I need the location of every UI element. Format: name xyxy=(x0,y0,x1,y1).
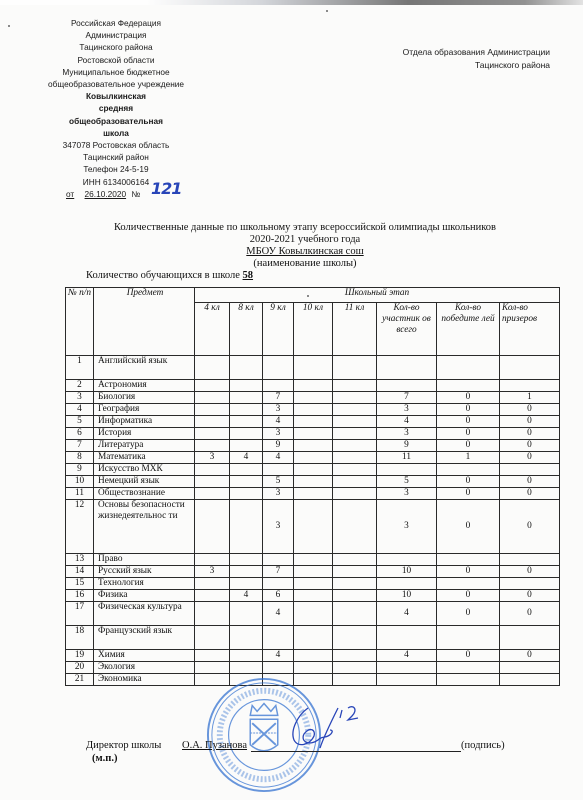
grade11-cell xyxy=(333,590,377,602)
grade9-cell xyxy=(263,662,294,674)
table-row: 1Английский язык xyxy=(66,356,560,380)
grade4-cell xyxy=(195,416,230,428)
winners-cell: 0 xyxy=(437,500,500,554)
table-row: 20Экология xyxy=(66,662,560,674)
winners-cell: 0 xyxy=(437,416,500,428)
signature-label: (подпись) xyxy=(461,740,505,752)
row-number: 5 xyxy=(66,416,94,428)
grade9-cell xyxy=(263,356,294,380)
prizewinners-cell: 0 xyxy=(500,650,560,662)
subject-cell: Физика xyxy=(94,590,195,602)
grade9-cell xyxy=(263,674,294,686)
grade10-cell xyxy=(294,590,333,602)
row-number: 13 xyxy=(66,554,94,566)
prizewinners-cell: 0 xyxy=(500,566,560,578)
participants-cell: 10 xyxy=(377,590,437,602)
official-stamp xyxy=(205,676,323,794)
sender-block: Российская ФедерацияАдминистрацияТацинск… xyxy=(46,17,186,200)
table-row: 10Немецкий язык5500 xyxy=(66,476,560,488)
participants-cell: 4 xyxy=(377,416,437,428)
winners-cell: 0 xyxy=(437,650,500,662)
row-number: 15 xyxy=(66,578,94,590)
grade10-cell xyxy=(294,554,333,566)
subject-cell: География xyxy=(94,404,195,416)
grade11-cell xyxy=(333,392,377,404)
participants-cell xyxy=(377,626,437,650)
grade8-cell xyxy=(230,566,263,578)
winners-cell xyxy=(437,578,500,590)
grade10-cell xyxy=(294,674,333,686)
prizewinners-cell: 0 xyxy=(500,500,560,554)
participants-cell xyxy=(377,662,437,674)
participants-cell: 3 xyxy=(377,500,437,554)
grade4-cell xyxy=(195,392,230,404)
document-title: Количественные данные по школьному этапу… xyxy=(60,222,550,270)
grade9-cell xyxy=(263,626,294,650)
prizewinners-cell xyxy=(500,380,560,392)
participants-cell xyxy=(377,674,437,686)
sender-line: Ковылкинская xyxy=(46,90,186,102)
participants-cell: 7 xyxy=(377,392,437,404)
director-role: Директор школы xyxy=(86,740,161,752)
recipient-line-2: Тацинского района xyxy=(370,59,550,72)
row-number: 14 xyxy=(66,566,94,578)
winners-cell: 0 xyxy=(437,488,500,500)
date: 26.10.2020 xyxy=(85,189,127,199)
sender-line: Муниципальное бюджетное xyxy=(46,66,186,78)
grade4-cell xyxy=(195,440,230,452)
table-row: 15Технология xyxy=(66,578,560,590)
participants-cell xyxy=(377,554,437,566)
table-row: 19Химия4400 xyxy=(66,650,560,662)
grade9-cell: 9 xyxy=(263,440,294,452)
subject-cell: Химия xyxy=(94,650,195,662)
grade11-cell xyxy=(333,380,377,392)
subject-cell: Французский язык xyxy=(94,626,195,650)
participants-cell xyxy=(377,356,437,380)
grade11-cell xyxy=(333,416,377,428)
sender-line: Тацинского района xyxy=(46,41,186,53)
prizewinners-cell: 0 xyxy=(500,452,560,464)
winners-cell: 1 xyxy=(437,452,500,464)
grade8-cell xyxy=(230,464,263,476)
grade11-cell xyxy=(333,626,377,650)
winners-cell xyxy=(437,380,500,392)
grade9-cell: 6 xyxy=(263,590,294,602)
table-row: 2Астрономия xyxy=(66,380,560,392)
winners-cell xyxy=(437,554,500,566)
row-number: 17 xyxy=(66,602,94,626)
participants-cell: 3 xyxy=(377,428,437,440)
row-number: 18 xyxy=(66,626,94,650)
grade10-cell xyxy=(294,404,333,416)
sender-lines: Российская ФедерацияАдминистрацияТацинск… xyxy=(46,17,186,188)
prizewinners-cell: 0 xyxy=(500,602,560,626)
grade8-cell xyxy=(230,488,263,500)
grade8-cell xyxy=(230,674,263,686)
date-prefix: от xyxy=(66,189,74,199)
grade9-cell: 4 xyxy=(263,650,294,662)
grade8-cell xyxy=(230,602,263,626)
student-count-label: Количество обучающихся в школе xyxy=(86,270,240,281)
header-grade10: 10 кл xyxy=(294,303,333,356)
participants-cell: 11 xyxy=(377,452,437,464)
prizewinners-cell: 0 xyxy=(500,590,560,602)
grade4-cell xyxy=(195,590,230,602)
grade4-cell xyxy=(195,488,230,500)
prizewinners-cell xyxy=(500,662,560,674)
sender-line: школа xyxy=(46,127,186,139)
scan-speck xyxy=(8,25,10,27)
prizewinners-cell xyxy=(500,356,560,380)
table-row: 5Информатика4400 xyxy=(66,416,560,428)
row-number: 16 xyxy=(66,590,94,602)
winners-cell: 0 xyxy=(437,392,500,404)
subject-cell: Английский язык xyxy=(94,356,195,380)
stamp-label: (м.п.) xyxy=(92,753,117,765)
table-body: 1Английский язык2Астрономия3Биология7701… xyxy=(66,356,560,686)
sender-line: Телефон 24-5-19 xyxy=(46,163,186,175)
header-subject: Предмет xyxy=(94,288,195,356)
grade9-cell: 3 xyxy=(263,404,294,416)
grade4-cell xyxy=(195,554,230,566)
header-winners: Кол-во победите лей xyxy=(437,303,500,356)
table-row: 11Обществознание3300 xyxy=(66,488,560,500)
header-grade11: 11 кл xyxy=(333,303,377,356)
grade8-cell xyxy=(230,626,263,650)
subject-cell: Технология xyxy=(94,578,195,590)
winners-cell xyxy=(437,464,500,476)
grade4-cell xyxy=(195,380,230,392)
grade11-cell xyxy=(333,662,377,674)
grade11-cell xyxy=(333,554,377,566)
grade4-cell xyxy=(195,356,230,380)
grade10-cell xyxy=(294,464,333,476)
table-row: 4География3300 xyxy=(66,404,560,416)
subject-cell: Информатика xyxy=(94,416,195,428)
grade11-cell xyxy=(333,500,377,554)
winners-cell xyxy=(437,356,500,380)
grade8-cell xyxy=(230,356,263,380)
table-row: 21Экономика xyxy=(66,674,560,686)
grade9-cell xyxy=(263,464,294,476)
prizewinners-cell: 1 xyxy=(500,392,560,404)
grade8-cell xyxy=(230,650,263,662)
sender-line: Ростовской области xyxy=(46,54,186,66)
grade11-cell xyxy=(333,440,377,452)
sender-line: Российская Федерация xyxy=(46,17,186,29)
grade9-cell: 7 xyxy=(263,566,294,578)
prizewinners-cell xyxy=(500,554,560,566)
table-row: 18Французский язык xyxy=(66,626,560,650)
title-line-1: Количественные данные по школьному этапу… xyxy=(60,222,550,234)
subject-cell: Астрономия xyxy=(94,380,195,392)
grade9-cell: 4 xyxy=(263,602,294,626)
prizewinners-cell: 0 xyxy=(500,404,560,416)
grade10-cell xyxy=(294,602,333,626)
subject-cell: Русский язык xyxy=(94,566,195,578)
header-num: № п/п xyxy=(66,288,94,356)
grade10-cell xyxy=(294,392,333,404)
recipient-block: Отдела образования Администрации Тацинск… xyxy=(370,46,550,71)
scan-edge xyxy=(0,0,583,5)
grade10-cell xyxy=(294,428,333,440)
student-count-value: 58 xyxy=(243,270,254,281)
participants-cell: 3 xyxy=(377,488,437,500)
grade8-cell xyxy=(230,440,263,452)
table-row: 16Физика461000 xyxy=(66,590,560,602)
subject-cell: Немецкий язык xyxy=(94,476,195,488)
grade9-cell: 4 xyxy=(263,416,294,428)
subject-cell: Экономика xyxy=(94,674,195,686)
sender-line: средняя xyxy=(46,102,186,114)
header-prizewinners: Кол-во призеров xyxy=(500,303,560,356)
grade4-cell xyxy=(195,662,230,674)
subject-cell: Биология xyxy=(94,392,195,404)
grade9-cell: 5 xyxy=(263,476,294,488)
grade10-cell xyxy=(294,578,333,590)
grade4-cell xyxy=(195,650,230,662)
winners-cell: 0 xyxy=(437,428,500,440)
grade8-cell: 4 xyxy=(230,452,263,464)
row-number: 4 xyxy=(66,404,94,416)
subject-cell: Право xyxy=(94,554,195,566)
grade10-cell xyxy=(294,416,333,428)
reference-line: от 26.10.2020 № 121 xyxy=(46,188,186,200)
grade10-cell xyxy=(294,452,333,464)
olympiad-table: № п/п Предмет Школьный этап 4 кл 8 кл 9 … xyxy=(65,287,560,686)
grade11-cell xyxy=(333,602,377,626)
subject-cell: Физическая культура xyxy=(94,602,195,626)
grade10-cell xyxy=(294,356,333,380)
grade10-cell xyxy=(294,566,333,578)
grade4-cell xyxy=(195,578,230,590)
winners-cell: 0 xyxy=(437,602,500,626)
header-grade8: 8 кл xyxy=(230,303,263,356)
grade11-cell xyxy=(333,356,377,380)
winners-cell xyxy=(437,662,500,674)
sender-line: общеобразовательное учреждение xyxy=(46,78,186,90)
prizewinners-cell xyxy=(500,578,560,590)
grade11-cell xyxy=(333,428,377,440)
table-row: 7Литература9900 xyxy=(66,440,560,452)
participants-cell: 4 xyxy=(377,602,437,626)
grade8-cell xyxy=(230,476,263,488)
grade8-cell xyxy=(230,578,263,590)
grade11-cell xyxy=(333,404,377,416)
row-number: 21 xyxy=(66,674,94,686)
row-number: 12 xyxy=(66,500,94,554)
grade4-cell xyxy=(195,626,230,650)
prizewinners-cell: 0 xyxy=(500,476,560,488)
grade10-cell xyxy=(294,626,333,650)
handwritten-number: 121 xyxy=(151,183,181,195)
grade10-cell xyxy=(294,476,333,488)
subject-cell: Математика xyxy=(94,452,195,464)
participants-cell xyxy=(377,464,437,476)
grade11-cell xyxy=(333,674,377,686)
row-number: 20 xyxy=(66,662,94,674)
row-number: 2 xyxy=(66,380,94,392)
subject-cell: Экология xyxy=(94,662,195,674)
grade10-cell xyxy=(294,662,333,674)
grade8-cell xyxy=(230,416,263,428)
sender-line: 347078 Ростовская область xyxy=(46,139,186,151)
participants-cell xyxy=(377,578,437,590)
header-grade4: 4 кл xyxy=(195,303,230,356)
header-stage: Школьный этап xyxy=(195,288,560,303)
subject-cell: Основы безопасности жизнедеятельнос ти xyxy=(94,500,195,554)
prizewinners-cell: 0 xyxy=(500,416,560,428)
director-name: О.А. Пузанова xyxy=(182,740,247,752)
winners-cell: 0 xyxy=(437,590,500,602)
table-row: 3Биология7701 xyxy=(66,392,560,404)
grade9-cell xyxy=(263,380,294,392)
participants-cell: 5 xyxy=(377,476,437,488)
winners-cell: 0 xyxy=(437,566,500,578)
number-prefix: № xyxy=(131,189,140,199)
header-grade9: 9 кл xyxy=(263,303,294,356)
row-number: 9 xyxy=(66,464,94,476)
sender-line: Тацинский район xyxy=(46,151,186,163)
school-name: МБОУ Ковылкинская сош xyxy=(60,246,550,258)
grade4-cell xyxy=(195,674,230,686)
grade11-cell xyxy=(333,464,377,476)
subject-cell: Литература xyxy=(94,440,195,452)
prizewinners-cell xyxy=(500,464,560,476)
prizewinners-cell xyxy=(500,626,560,650)
table-row: 9Искусство МХК xyxy=(66,464,560,476)
winners-cell: 0 xyxy=(437,404,500,416)
grade9-cell xyxy=(263,578,294,590)
prizewinners-cell: 0 xyxy=(500,488,560,500)
row-number: 7 xyxy=(66,440,94,452)
grade8-cell xyxy=(230,428,263,440)
recipient-line-1: Отдела образования Администрации xyxy=(370,46,550,59)
grade11-cell xyxy=(333,650,377,662)
title-line-2: 2020-2021 учебного года xyxy=(60,234,550,246)
winners-cell xyxy=(437,626,500,650)
grade4-cell xyxy=(195,464,230,476)
grade8-cell xyxy=(230,662,263,674)
grade9-cell: 3 xyxy=(263,428,294,440)
grade8-cell xyxy=(230,500,263,554)
table-row: 13Право xyxy=(66,554,560,566)
table-row: 6История3300 xyxy=(66,428,560,440)
signature-line xyxy=(251,751,461,752)
header-participants: Кол-во участник ов всего xyxy=(377,303,437,356)
grade8-cell xyxy=(230,554,263,566)
sender-line: общеобразовательная xyxy=(46,115,186,127)
winners-cell: 0 xyxy=(437,440,500,452)
grade8-cell xyxy=(230,404,263,416)
grade11-cell xyxy=(333,578,377,590)
participants-cell: 4 xyxy=(377,650,437,662)
grade11-cell xyxy=(333,566,377,578)
student-count: Количество обучающихся в школе 58 xyxy=(86,270,253,281)
prizewinners-cell: 0 xyxy=(500,428,560,440)
row-number: 6 xyxy=(66,428,94,440)
grade9-cell: 3 xyxy=(263,500,294,554)
grade8-cell xyxy=(230,380,263,392)
grade10-cell xyxy=(294,440,333,452)
signature xyxy=(280,700,375,755)
grade10-cell xyxy=(294,488,333,500)
grade8-cell: 4 xyxy=(230,590,263,602)
grade4-cell xyxy=(195,428,230,440)
scan-speck xyxy=(307,295,309,297)
scan-speck xyxy=(326,10,328,12)
grade11-cell xyxy=(333,476,377,488)
row-number: 3 xyxy=(66,392,94,404)
participants-cell xyxy=(377,380,437,392)
grade10-cell xyxy=(294,380,333,392)
table-row: 17Физическая культура4400 xyxy=(66,602,560,626)
grade9-cell: 7 xyxy=(263,392,294,404)
participants-cell: 10 xyxy=(377,566,437,578)
school-caption: (наименование школы) xyxy=(60,258,550,270)
row-number: 8 xyxy=(66,452,94,464)
grade10-cell xyxy=(294,500,333,554)
table-row: 14Русский язык371000 xyxy=(66,566,560,578)
grade4-cell xyxy=(195,476,230,488)
grade4-cell xyxy=(195,500,230,554)
participants-cell: 9 xyxy=(377,440,437,452)
prizewinners-cell xyxy=(500,674,560,686)
row-number: 10 xyxy=(66,476,94,488)
participants-cell: 3 xyxy=(377,404,437,416)
subject-cell: Обществознание xyxy=(94,488,195,500)
winners-cell xyxy=(437,674,500,686)
grade11-cell xyxy=(333,488,377,500)
prizewinners-cell: 0 xyxy=(500,440,560,452)
grade4-cell: 3 xyxy=(195,452,230,464)
grade9-cell xyxy=(263,554,294,566)
grade8-cell xyxy=(230,392,263,404)
winners-cell: 0 xyxy=(437,476,500,488)
grade10-cell xyxy=(294,650,333,662)
table-row: 8Математика3441110 xyxy=(66,452,560,464)
grade4-cell xyxy=(195,404,230,416)
grade9-cell: 3 xyxy=(263,488,294,500)
table-row: 12Основы безопасности жизнедеятельнос ти… xyxy=(66,500,560,554)
row-number: 11 xyxy=(66,488,94,500)
row-number: 1 xyxy=(66,356,94,380)
subject-cell: Искусство МХК xyxy=(94,464,195,476)
subject-cell: История xyxy=(94,428,195,440)
grade4-cell xyxy=(195,602,230,626)
sender-line: Администрация xyxy=(46,29,186,41)
grade11-cell xyxy=(333,452,377,464)
grade9-cell: 4 xyxy=(263,452,294,464)
grade4-cell: 3 xyxy=(195,566,230,578)
row-number: 19 xyxy=(66,650,94,662)
